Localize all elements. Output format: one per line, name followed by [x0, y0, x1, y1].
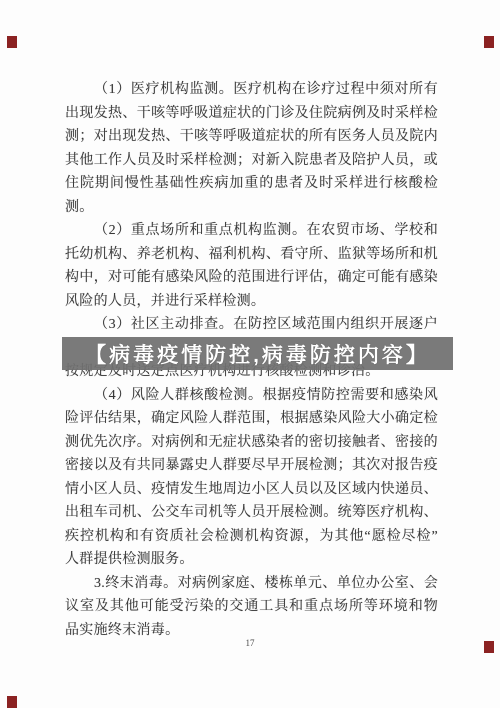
corner-mark-bottom-right	[484, 641, 494, 653]
watermark-band: 【病毒疫情防控,病毒防控内容】	[62, 337, 453, 370]
text-line: 测；对出现发热、干咳等呼吸道症状的所有医务人员及院内	[65, 125, 438, 149]
page-number: 17	[0, 638, 500, 648]
text-line: （2）重点场所和重点机构监测。在农贸市场、学校和	[65, 219, 438, 243]
text-line: 出现发热、干咳等呼吸道症状的门诊及住院病例及时采样检	[65, 102, 438, 126]
text-line: （3）社区主动排查。在防控区域范围内组织开展逐户	[65, 313, 438, 337]
corner-mark-bottom-left	[7, 696, 17, 708]
text-line: 住院期间慢性基础性疾病加重的患者及时采样进行核酸检	[65, 172, 438, 196]
text-line: （4）风险人群核酸检测。根据疫情防控需要和感染风	[65, 384, 438, 408]
text-line: 风险的人员，并进行采样检测。	[65, 290, 438, 314]
text-line: 险评估结果，确定风险人群范围，根据感染风险大小确定检	[65, 407, 438, 431]
text-line: （1）医疗机构监测。医疗机构在诊疗过程中须对所有	[65, 78, 438, 102]
text-line: 托幼机构、养老机构、福利机构、看守所、监狱等场所和机	[65, 243, 438, 267]
corner-mark-top-left	[7, 36, 17, 48]
text-line: 情小区人员、疫情发生地周边小区人员以及区域内快递员、	[65, 478, 438, 502]
text-line: 3.终末消毒。对病例家庭、楼栋单元、单位办公室、会	[65, 572, 438, 596]
text-line: 密接以及有共同暴露史人群要尽早开展检测；其次对报告疫	[65, 454, 438, 478]
text-line: 测优先次序。对病例和无症状感染者的密切接触者、密接的	[65, 431, 438, 455]
text-line: 构中，对可能有感染风险的范围进行评估，确定可能有感染	[65, 266, 438, 290]
text-line: 出租车司机、公交车司机等人员开展检测。统筹医疗机构、	[65, 501, 438, 525]
corner-mark-top-right	[484, 36, 494, 48]
text-line: 疾控机构和有资质社会检测机构资源，为其他“愿检尽检”	[65, 525, 438, 549]
text-line: 其他工作人员及时采样检测；对新入院患者及陪护人员，或	[65, 149, 438, 173]
text-line: 测。	[65, 196, 438, 220]
watermark-text: 【病毒疫情防控,病毒防控内容】	[85, 339, 430, 369]
text-line: 人群提供检测服务。	[65, 548, 438, 572]
scanned-document-page: （1）医疗机构监测。医疗机构在诊疗过程中须对所有出现发热、干咳等呼吸道症状的门诊…	[0, 0, 500, 708]
text-line: 议室及其他可能受污染的交通工具和重点场所等环境和物	[65, 595, 438, 619]
